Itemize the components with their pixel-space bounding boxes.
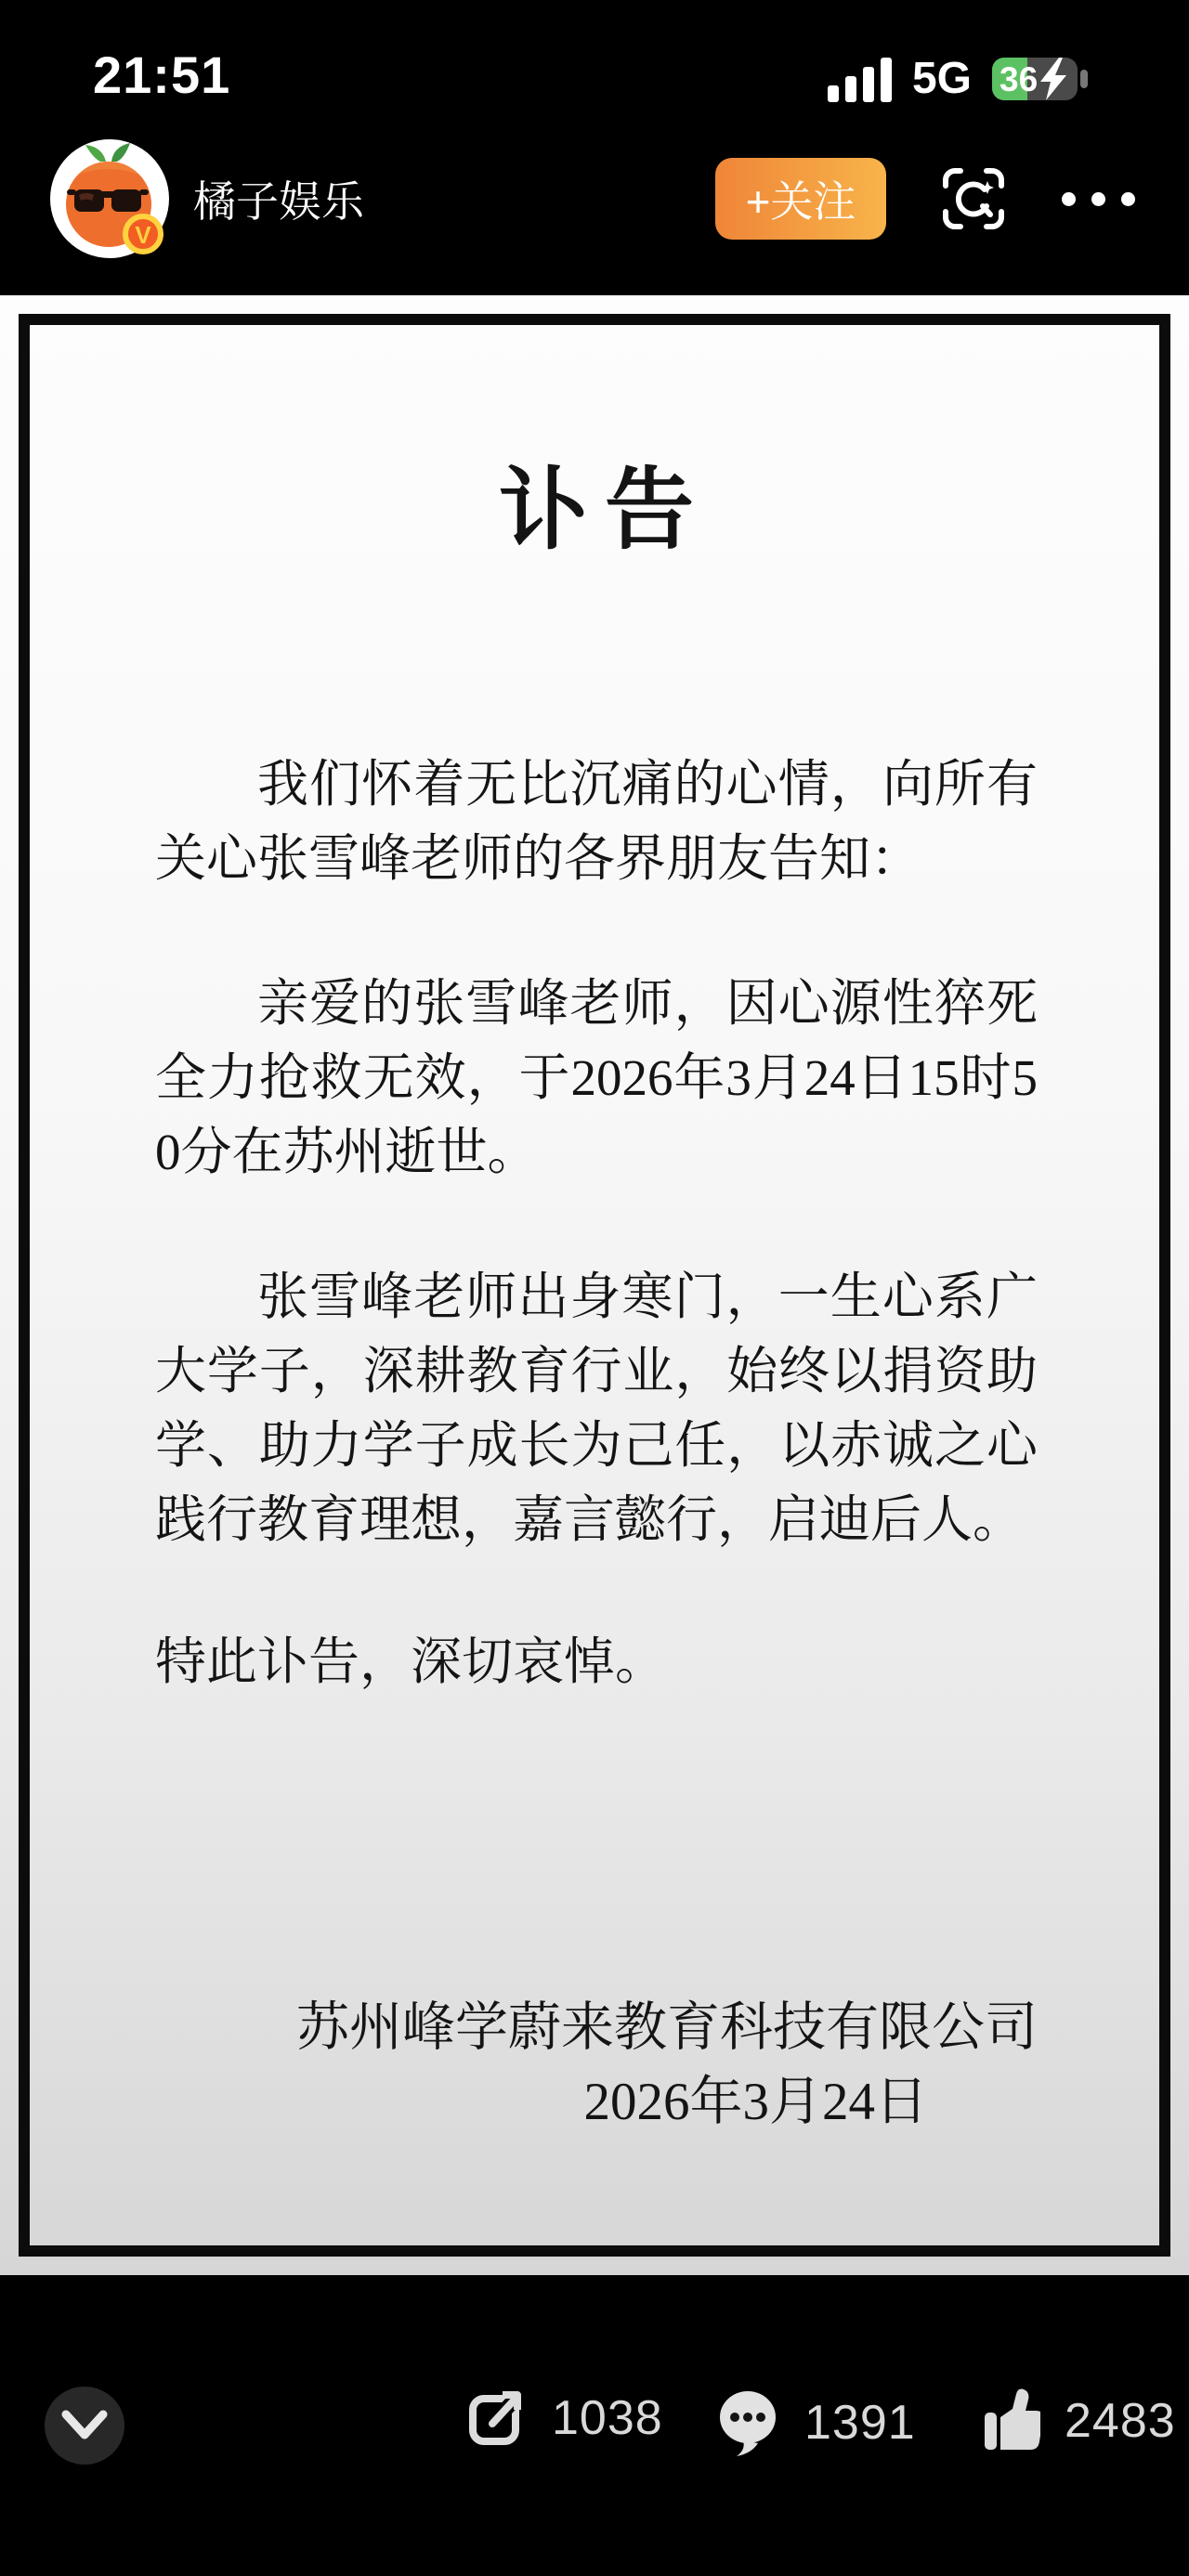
chevron-down-icon	[60, 2407, 109, 2444]
follow-button-label: +关注	[746, 168, 856, 229]
obituary-paragraph: 亲爱的张雪峰老师，因心源性猝死全力抢救无效，于2026年3月24日15时50分在…	[155, 967, 1038, 1190]
obituary-document: 讣告 我们怀着无比沉痛的心情，向所有关心张雪峰老师的各界朋友告知： 亲爱的张雪峰…	[19, 314, 1170, 2257]
share-count: 1038	[552, 2390, 663, 2446]
comment-icon	[717, 2387, 780, 2459]
battery-icon: 36	[992, 56, 1089, 102]
obituary-paragraph: 张雪峰老师出身寒门，一生心系广大学子，深耕教育行业，始终以捐资助学、助力学子成长…	[155, 1260, 1038, 1557]
thumbs-up-icon	[983, 2387, 1040, 2455]
share-button[interactable]: 1038	[464, 2387, 663, 2450]
comment-button[interactable]: 1391	[717, 2387, 916, 2459]
network-type-label: 5G	[912, 56, 972, 102]
obituary-title: 讣告	[155, 455, 1038, 566]
username-label[interactable]: 橘子娱乐	[193, 168, 364, 229]
like-count: 2483	[1065, 2393, 1176, 2449]
follow-button[interactable]: +关注	[715, 158, 886, 240]
status-bar: 21:51 5G 36	[0, 0, 1189, 102]
verified-badge: V	[135, 221, 151, 249]
status-indicators: 5G 36	[828, 56, 1089, 102]
post-image[interactable]: 讣告 我们怀着无比沉痛的心情，向所有关心张雪峰老师的各界朋友告知： 亲爱的张雪峰…	[0, 295, 1189, 2275]
obituary-body: 我们怀着无比沉痛的心情，向所有关心张雪峰老师的各界朋友告知： 亲爱的张雪峰老师，…	[155, 748, 1038, 2140]
obituary-closing: 特此讣告，深切哀悼。	[155, 1625, 1038, 1699]
bottom-action-bar: 1038 1391 2483	[0, 2275, 1189, 2576]
comment-count: 1391	[804, 2395, 916, 2451]
more-options-icon[interactable]	[1053, 163, 1143, 234]
like-button[interactable]: 2483	[983, 2387, 1176, 2455]
avatar[interactable]: V	[48, 137, 171, 260]
obituary-signature-date: 2026年3月24日	[155, 2065, 1038, 2140]
signal-strength-icon	[828, 56, 892, 102]
image-scan-icon[interactable]	[938, 163, 1009, 234]
post-header: V 橘子娱乐 +关注	[0, 102, 1189, 295]
obituary-paragraph: 我们怀着无比沉痛的心情，向所有关心张雪峰老师的各界朋友告知：	[155, 748, 1038, 896]
collapse-button[interactable]	[45, 2387, 124, 2465]
obituary-signature-company: 苏州峰学蔚来教育科技有限公司	[155, 1991, 1038, 2065]
battery-percent: 36	[1000, 60, 1038, 98]
share-icon	[464, 2387, 528, 2450]
clock: 21:51	[93, 48, 230, 102]
